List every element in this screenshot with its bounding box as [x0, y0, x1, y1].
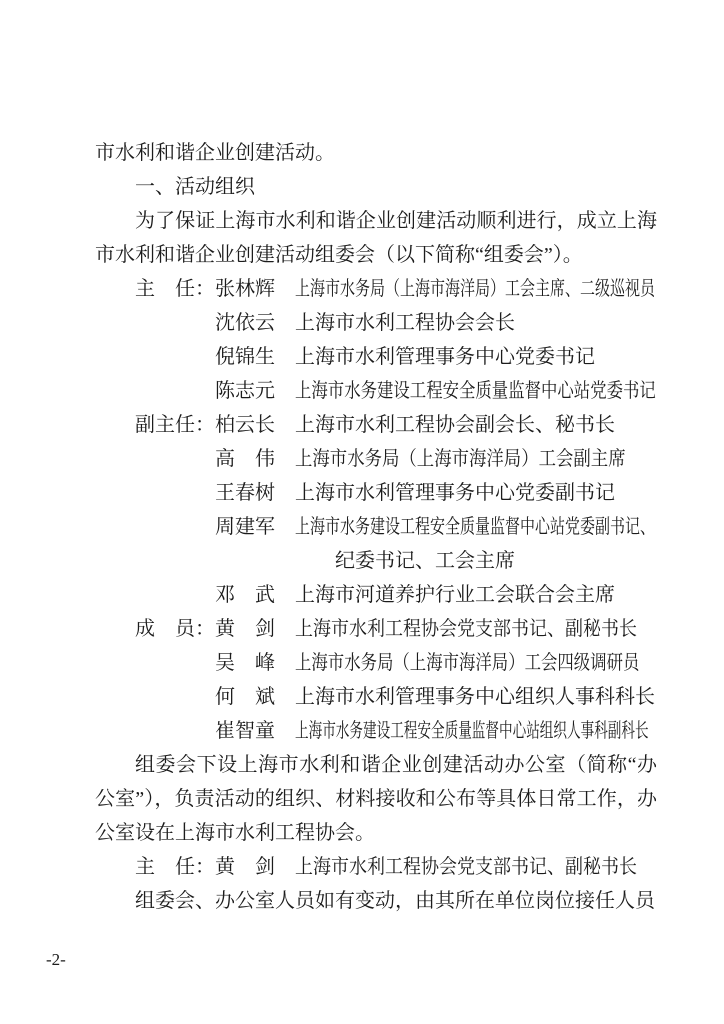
roster-title: 上海市水务建设工程安全质量监督中心站党委书记	[295, 374, 656, 408]
roster-row: 副主任： 柏云长 上海市水利工程协会副会长、秘书长	[135, 408, 657, 442]
roster-title: 上海市水务局（上海市海洋局）工会四级调研员	[295, 646, 639, 680]
roster-name: 沈依云	[215, 306, 295, 340]
committee-roster: 主 任： 张林辉 上海市水务局（上海市海洋局）工会主席、二级巡视员 沈依云 上海…	[135, 272, 657, 748]
roster-name: 崔智童	[215, 714, 295, 748]
roster-title: 上海市水利工程协会会长	[295, 306, 515, 340]
roster-row: 主 任： 张林辉 上海市水务局（上海市海洋局）工会主席、二级巡视员	[135, 272, 657, 306]
roster-title: 上海市水利管理事务中心党委副书记	[295, 476, 615, 510]
roster-name: 何 斌	[215, 680, 295, 714]
roster-name: 邓 武	[215, 578, 295, 612]
roster-row: 周建军 上海市水务建设工程安全质量监督中心站党委副书记、	[135, 510, 657, 544]
page-number: -2-	[46, 950, 66, 970]
roster-name: 高 伟	[215, 442, 295, 476]
roster-row: 王春树 上海市水利管理事务中心党委副书记	[135, 476, 657, 510]
closing-paragraph: 组委会、办公室人员如有变动，由其所在单位岗位接任人员	[95, 884, 657, 918]
roster-name: 周建军	[215, 510, 295, 544]
roster-name: 黄 剑	[215, 612, 295, 646]
roster-name: 吴 峰	[215, 646, 295, 680]
intro-paragraph: 为了保证上海市水利和谐企业创建活动顺利进行，成立上海市水利和谐企业创建活动组委会…	[95, 204, 657, 272]
roster-title: 上海市河道养护行业工会联合会主席	[295, 578, 615, 612]
roster-row: 沈依云 上海市水利工程协会会长	[135, 306, 657, 340]
roster-title: 上海市水利管理事务中心组织人事科科长	[295, 680, 655, 714]
roster-row: 崔智童 上海市水务建设工程安全质量监督中心站组织人事科副科长	[135, 714, 657, 748]
roster-row: 何 斌 上海市水利管理事务中心组织人事科科长	[135, 680, 657, 714]
roster-title: 上海市水务局（上海市海洋局）工会主席、二级巡视员	[295, 272, 655, 306]
roster-row: 陈志元 上海市水务建设工程安全质量监督中心站党委书记	[135, 374, 657, 408]
roster-title: 上海市水利管理事务中心党委书记	[295, 340, 595, 374]
roster-row: 高 伟 上海市水务局（上海市海洋局）工会副主席	[135, 442, 657, 476]
continuation-paragraph: 市水利和谐企业创建活动。	[95, 136, 657, 170]
roster-title: 上海市水务建设工程安全质量监督中心站党委副书记、	[295, 510, 655, 544]
document-body: 市水利和谐企业创建活动。 一、活动组织 为了保证上海市水利和谐企业创建活动顺利进…	[95, 136, 657, 918]
roster-title: 上海市水务局（上海市海洋局）工会副主席	[295, 442, 626, 476]
roster-name: 陈志元	[215, 374, 295, 408]
roster-row: 吴 峰 上海市水务局（上海市海洋局）工会四级调研员	[135, 646, 657, 680]
roster-title: 上海市水务建设工程安全质量监督中心站组织人事科副科长	[295, 714, 649, 748]
roster-row: 成 员： 黄 剑 上海市水利工程协会党支部书记、副秘书长	[135, 612, 657, 646]
roster-role: 主 任：	[135, 272, 215, 306]
office-roster: 主 任： 黄 剑 上海市水利工程协会党支部书记、副秘书长	[135, 850, 657, 884]
roster-title: 上海市水利工程协会党支部书记、副秘书长	[295, 850, 637, 884]
office-paragraph: 组委会下设上海市水利和谐企业创建活动办公室（简称“办公室”），负责活动的组织、材…	[95, 748, 657, 850]
roster-role: 成 员：	[135, 612, 215, 646]
roster-role: 主 任：	[135, 850, 215, 884]
roster-name: 黄 剑	[215, 850, 295, 884]
roster-title: 上海市水利工程协会党支部书记、副秘书长	[295, 612, 637, 646]
roster-role: 副主任：	[135, 408, 215, 442]
roster-title-continuation: 纪委书记、工会主席	[335, 544, 657, 578]
roster-row: 邓 武 上海市河道养护行业工会联合会主席	[135, 578, 657, 612]
section-heading: 一、活动组织	[95, 170, 657, 204]
roster-row: 主 任： 黄 剑 上海市水利工程协会党支部书记、副秘书长	[135, 850, 657, 884]
roster-name: 倪锦生	[215, 340, 295, 374]
roster-row: 倪锦生 上海市水利管理事务中心党委书记	[135, 340, 657, 374]
roster-name: 张林辉	[215, 272, 295, 306]
roster-name: 王春树	[215, 476, 295, 510]
document-page: { "document": { "page_number": "-2-", "p…	[0, 0, 724, 1024]
roster-title: 上海市水利工程协会副会长、秘书长	[295, 408, 615, 442]
roster-name: 柏云长	[215, 408, 295, 442]
